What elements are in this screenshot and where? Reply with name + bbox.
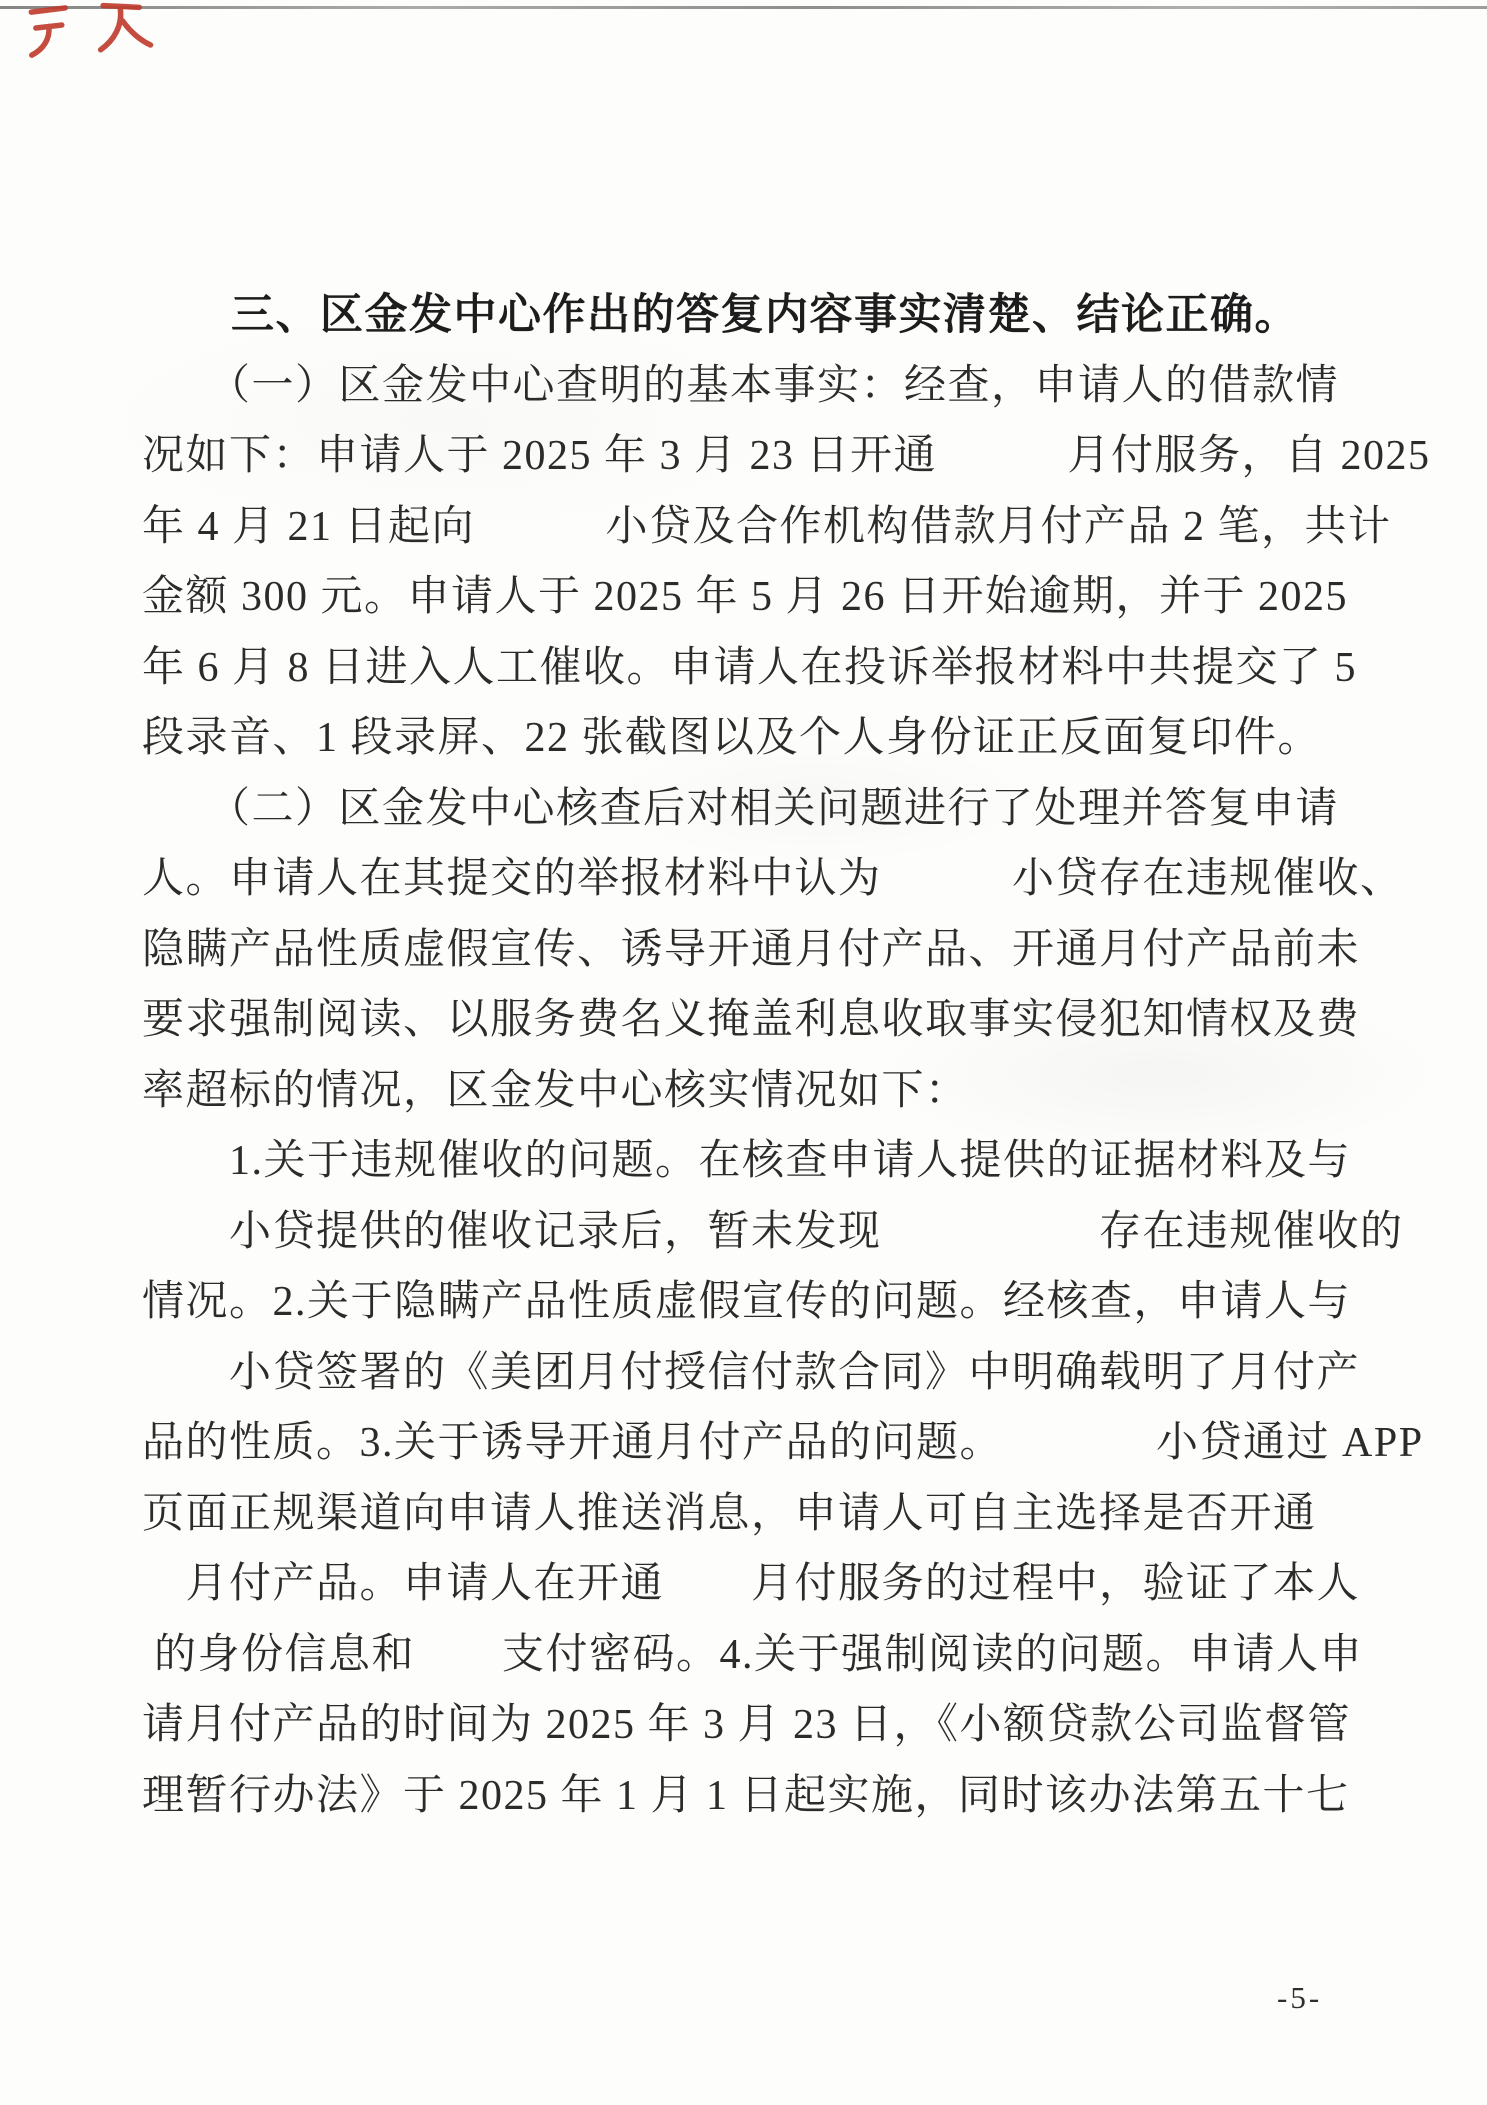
text-line: 品的性质。3.关于诱导开通月付产品的问题。 小贷通过 APP [142,1408,1382,1479]
text-line: 理暂行办法》于 2025 年 1 月 1 日起实施，同时该办法第五十七 [142,1761,1382,1832]
scan-edge-line [0,6,1487,9]
document-body: 三、区金发中心作出的答复内容事实清楚、结论正确。 （一）区金发中心查明的基本事实… [142,280,1382,1831]
section-heading: 三、区金发中心作出的答复内容事实清楚、结论正确。 [142,280,1382,351]
text-line: 的身份信息和 支付密码。4.关于强制阅读的问题。申请人申 [142,1620,1382,1691]
text-line: 段录音、1 段录屏、22 张截图以及个人身份证正反面复印件。 [142,703,1382,774]
text-line: 小贷签署的《美团月付授信付款合同》中明确载明了月付产 [142,1338,1382,1409]
text-line: 隐瞒产品性质虚假宣传、诱导开通月付产品、开通月付产品前未 [142,915,1382,986]
red-stamp-fragment-icon [21,0,163,64]
text-line: 小贷提供的催收记录后，暂未发现 存在违规催收的 [142,1197,1382,1268]
text-line: 年 4 月 21 日起向 小贷及合作机构借款月付产品 2 笔，共计 [142,492,1382,563]
text-line: 年 6 月 8 日进入人工催收。申请人在投诉举报材料中共提交了 5 [142,633,1382,704]
text-line: 情况。2.关于隐瞒产品性质虚假宣传的问题。经核查，申请人与 [142,1267,1382,1338]
text-line: （一）区金发中心查明的基本事实：经查，申请人的借款情 [142,351,1382,422]
text-line: 要求强制阅读、以服务费名义掩盖利息收取事实侵犯知情权及费 [142,985,1382,1056]
document-page: 三、区金发中心作出的答复内容事实清楚、结论正确。 （一）区金发中心查明的基本事实… [0,0,1487,2105]
text-line: 况如下：申请人于 2025 年 3 月 23 日开通 月付服务，自 2025 [142,421,1382,492]
text-line: 1.关于违规催收的问题。在核查申请人提供的证据材料及与 [142,1126,1382,1197]
text-line: 率超标的情况，区金发中心核实情况如下： [142,1056,1382,1127]
text-line: （二）区金发中心核查后对相关问题进行了处理并答复申请 [142,774,1382,845]
page-number: -5- [1277,1980,1322,2016]
text-line: 请月付产品的时间为 2025 年 3 月 23 日，《小额贷款公司监督管 [142,1690,1382,1761]
text-line: 页面正规渠道向申请人推送消息，申请人可自主选择是否开通 [142,1479,1382,1550]
text-line: 人。申请人在其提交的举报材料中认为 小贷存在违规催收、 [142,844,1382,915]
text-line: 金额 300 元。申请人于 2025 年 5 月 26 日开始逾期，并于 202… [142,562,1382,633]
text-line: 月付产品。申请人在开通 月付服务的过程中，验证了本人 [142,1549,1382,1620]
